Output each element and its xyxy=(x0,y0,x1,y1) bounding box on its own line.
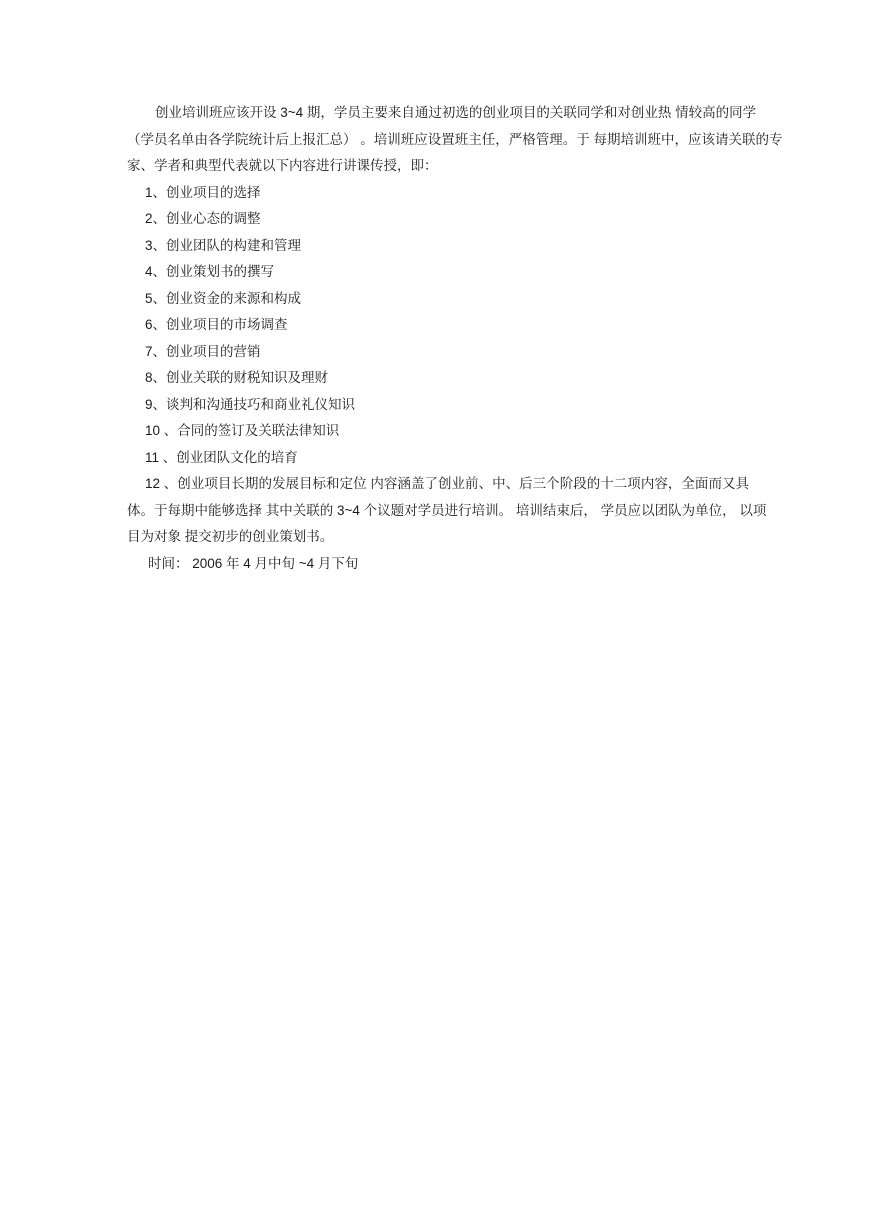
list-item-8: 8、创业关联的财税知识及理财 xyxy=(127,365,749,392)
intro-line-3: 家、学者和典型代表就以下内容进行讲课传授，即： xyxy=(127,153,749,180)
list-item-12: 12 、创业项目长期的发展目标和定位 内容涵盖了创业前、中、后三个阶段的十二项内… xyxy=(127,471,749,498)
list-item-1: 1、创业项目的选择 xyxy=(127,180,749,207)
list-item-4: 4、创业策划书的撰写 xyxy=(127,259,749,286)
list-item-2: 2、创业心态的调整 xyxy=(127,206,749,233)
document-page: 创业培训班应该开设 3~4 期，学员主要来自通过初选的创业项目的关联同学和对创业… xyxy=(0,0,876,1230)
intro-line-2: （学员名单由各学院统计后上报汇总） 。培训班应设置班主任，严格管理。于 每期培训… xyxy=(127,127,749,154)
list-item-11: 11 、创业团队文化的培育 xyxy=(127,445,749,472)
list-item-5: 5、创业资金的来源和构成 xyxy=(127,286,749,313)
list-item-10: 10 、合同的签订及关联法律知识 xyxy=(127,418,749,445)
intro-line-1: 创业培训班应该开设 3~4 期，学员主要来自通过初选的创业项目的关联同学和对创业… xyxy=(127,100,749,127)
closing-line-1: 体。于每期中能够选择 其中关联的 3~4 个议题对学员进行培训。 培训结束后， … xyxy=(127,498,749,525)
list-item-7: 7、创业项目的营销 xyxy=(127,339,749,366)
list-item-9: 9、谈判和沟通技巧和商业礼仪知识 xyxy=(127,392,749,419)
time-line: 时间： 2006 年 4 月中旬 ~4 月下旬 xyxy=(127,551,749,578)
list-item-6: 6、创业项目的市场调查 xyxy=(127,312,749,339)
list-item-3: 3、创业团队的构建和管理 xyxy=(127,233,749,260)
document-text-block: 创业培训班应该开设 3~4 期，学员主要来自通过初选的创业项目的关联同学和对创业… xyxy=(127,100,749,577)
closing-line-2: 目为对象 提交初步的创业策划书。 xyxy=(127,524,749,551)
